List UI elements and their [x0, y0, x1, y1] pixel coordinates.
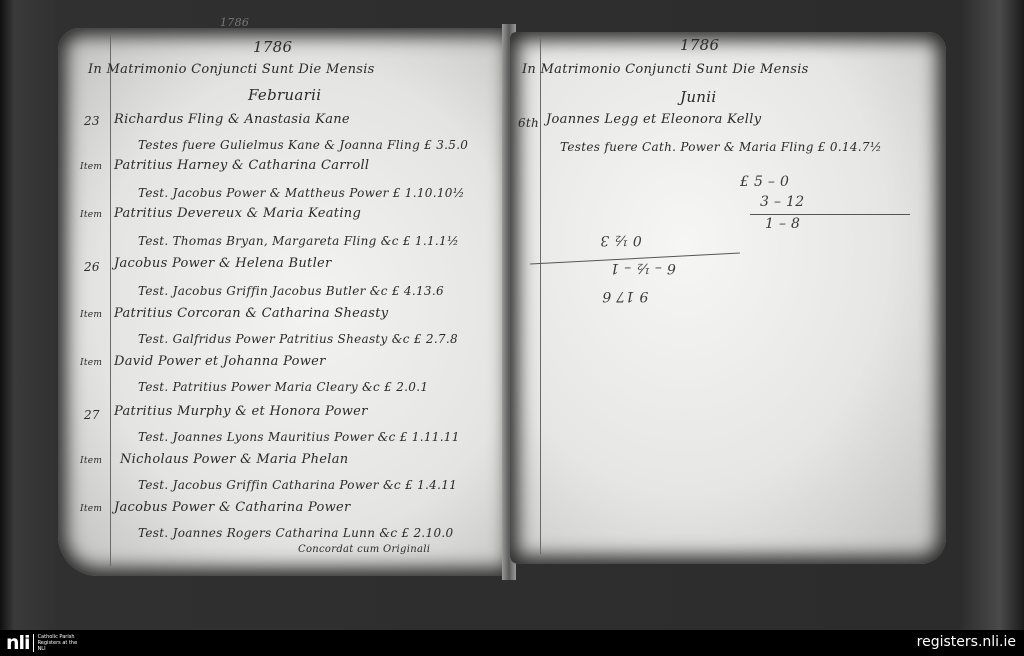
- calc-rule: [750, 214, 910, 215]
- register-heading: In Matrimonio Conjuncti Sunt Die Mensis: [88, 62, 375, 77]
- entry-names: Patritius Harney & Catharina Carroll: [114, 158, 369, 173]
- entry-witnesses: Test. Galfridus Power Patritius Sheasty …: [138, 332, 458, 346]
- entry-witnesses: Testes fuere Cath. Power & Maria Fling £…: [560, 140, 882, 154]
- calc-result: 1 – 8: [765, 216, 800, 232]
- right-page: 1786 In Matrimonio Conjuncti Sunt Die Me…: [510, 32, 946, 564]
- year-label: 1786: [253, 38, 292, 56]
- calc-line: £ 5 – 0: [740, 174, 789, 190]
- entry-names: Nicholaus Power & Maria Phelan: [120, 452, 348, 467]
- entry-names: Patritius Devereux & Maria Keating: [114, 206, 361, 221]
- entry-day: 27: [84, 408, 100, 422]
- month-label: Februarii: [248, 86, 321, 104]
- entry-names: Jacobus Power & Helena Butler: [114, 256, 332, 271]
- entry-day: Item: [80, 456, 102, 466]
- left-page: 1786 1786 In Matrimonio Conjuncti Sunt D…: [58, 28, 516, 576]
- nli-logo-mark: nli: [6, 633, 30, 653]
- entry-day: Item: [80, 162, 102, 172]
- logo-caption: Catholic Parish Registers at the NLI: [38, 634, 78, 652]
- footer-bar: nli Catholic Parish Registers at the NLI…: [0, 630, 1024, 656]
- logo-divider: [33, 634, 34, 652]
- entry-names: Joannes Legg et Eleonora Kelly: [546, 112, 761, 127]
- register-book-spread: 1786 1786 In Matrimonio Conjuncti Sunt D…: [40, 18, 960, 590]
- entry-witnesses: Test. Thomas Bryan, Margareta Fling &c £…: [138, 234, 459, 248]
- margin-rule: [110, 34, 111, 566]
- entry-day: 23: [84, 114, 100, 128]
- entry-witnesses: Test. Jacobus Griffin Jacobus Butler &c …: [138, 284, 444, 298]
- entry-day: 26: [84, 260, 100, 274]
- entry-day: Item: [80, 358, 102, 368]
- month-label: Junii: [680, 88, 716, 106]
- inverted-calc-line: 0 ½ 3: [600, 232, 642, 248]
- entry-names: Patritius Murphy & et Honora Power: [114, 404, 368, 419]
- year-label: 1786: [680, 36, 719, 54]
- image-viewer[interactable]: 1786 1786 In Matrimonio Conjuncti Sunt D…: [0, 0, 1024, 630]
- entry-names: David Power et Johanna Power: [114, 354, 326, 369]
- entry-day: 6th: [518, 116, 539, 130]
- margin-rule: [540, 38, 541, 554]
- attestation-note: Concordat cum Originali: [298, 544, 430, 555]
- entry-witnesses: Test. Patritius Power Maria Cleary &c £ …: [138, 380, 428, 394]
- entry-day: Item: [80, 310, 102, 320]
- entry-names: Jacobus Power & Catharina Power: [114, 500, 351, 515]
- register-heading: In Matrimonio Conjuncti Sunt Die Mensis: [522, 62, 809, 77]
- entry-witnesses: Test. Jacobus Power & Mattheus Power £ 1…: [138, 186, 465, 200]
- entry-witnesses: Test. Joannes Rogers Catharina Lunn &c £…: [138, 526, 453, 540]
- nli-logo[interactable]: nli Catholic Parish Registers at the NLI: [6, 633, 78, 653]
- entry-names: Patritius Corcoran & Catharina Sheasty: [114, 306, 388, 321]
- entry-day: Item: [80, 504, 102, 514]
- faint-page-label: 1786: [220, 16, 249, 29]
- entry-names: Richardus Fling & Anastasia Kane: [114, 112, 350, 127]
- entry-witnesses: Testes fuere Gulielmus Kane & Joanna Fli…: [138, 138, 468, 152]
- entry-witnesses: Test. Jacobus Griffin Catharina Power &c…: [138, 478, 457, 492]
- inverted-calc-line: 6 – ½ – 1: [610, 260, 676, 276]
- entry-witnesses: Test. Joannes Lyons Mauritius Power &c £…: [138, 430, 460, 444]
- inverted-calc-line: 9 17 6: [602, 288, 648, 304]
- site-url-link[interactable]: registers.nli.ie: [917, 634, 1016, 650]
- entry-day: Item: [80, 210, 102, 220]
- calc-line: 3 – 12: [760, 194, 804, 210]
